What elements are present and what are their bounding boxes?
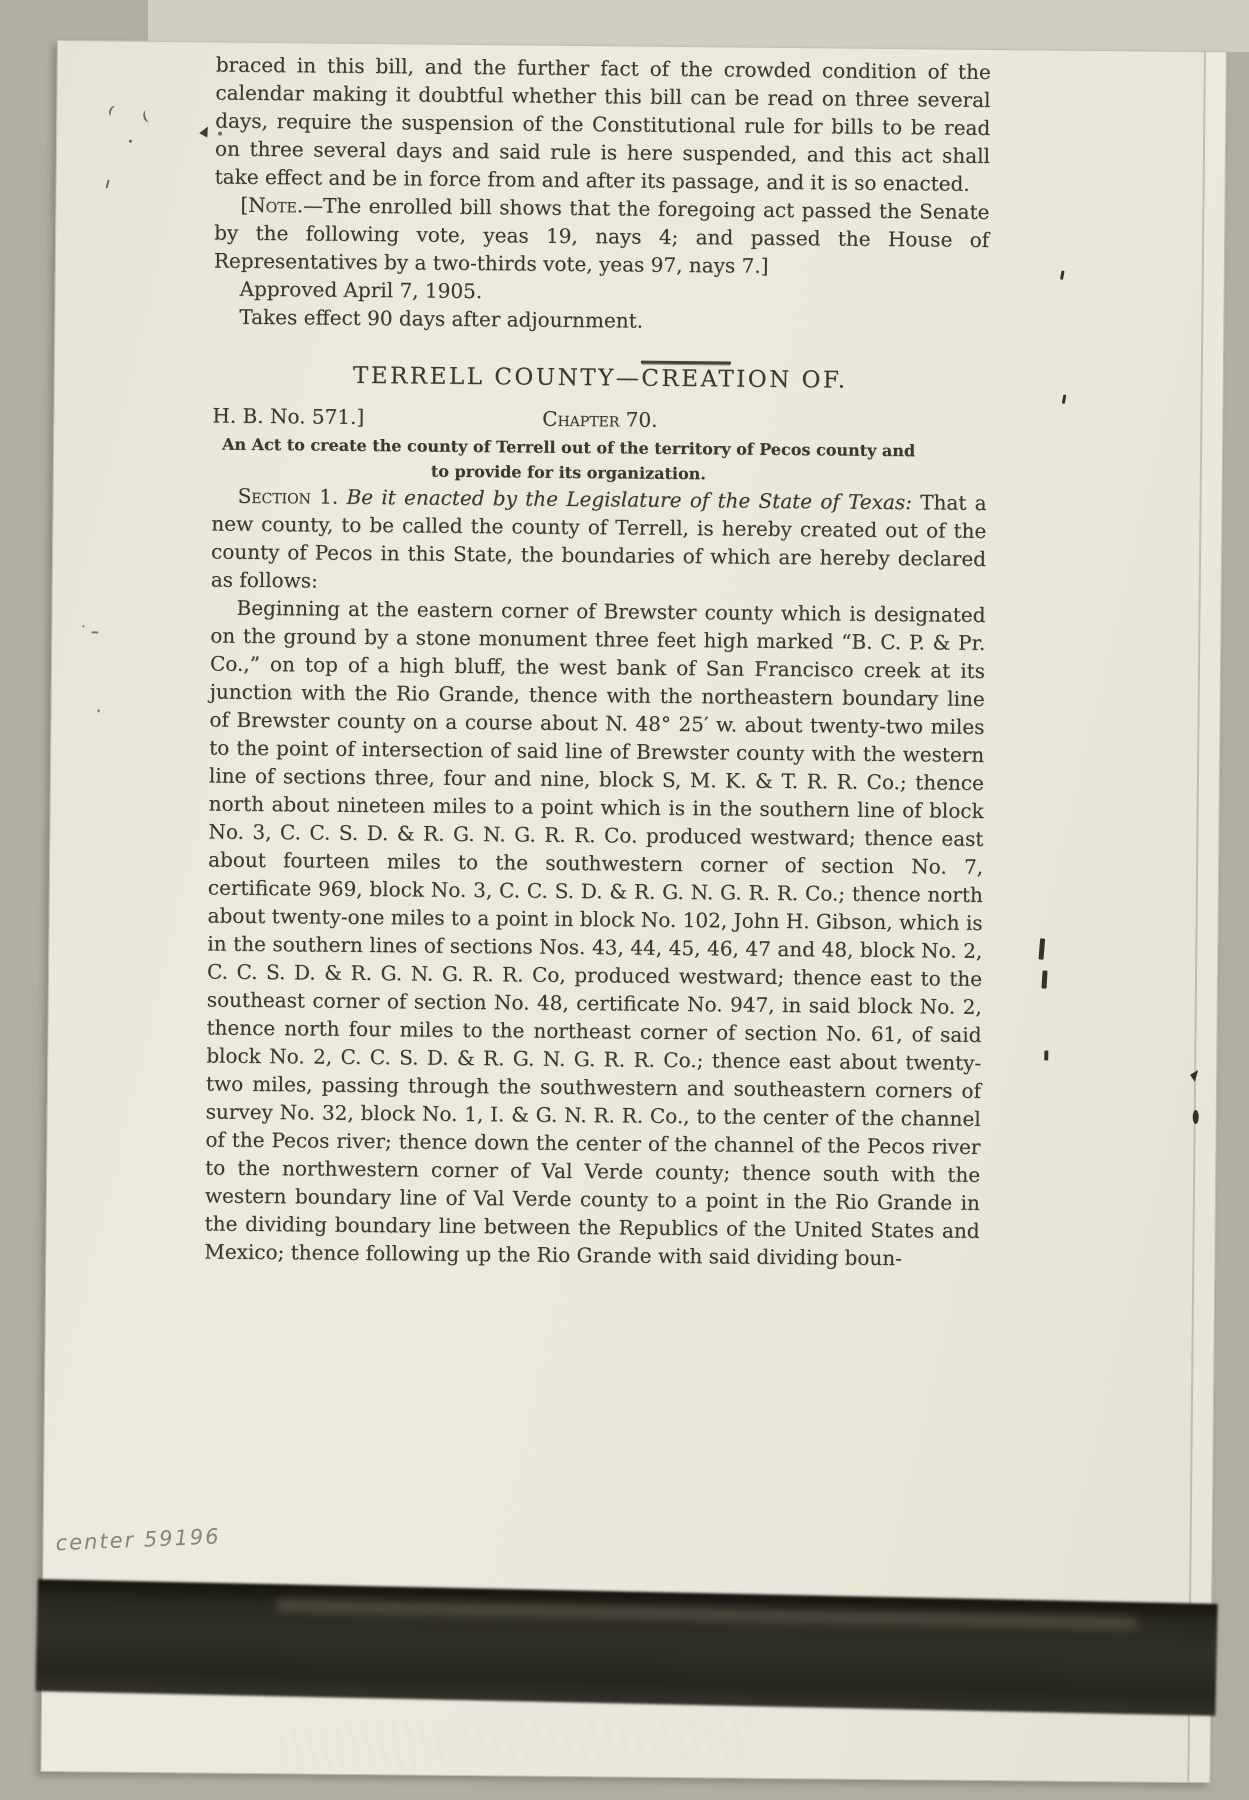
boundary-paragraph: Beginning at the eastern corner of Brews… — [204, 594, 985, 1273]
note-paragraph: [Note.—The enrolled bill shows that the … — [214, 191, 990, 282]
ink-speck — [218, 132, 222, 136]
chapter-heading: Chapter 70. — [542, 405, 658, 434]
ink-speck — [98, 709, 100, 712]
ink-speck — [106, 179, 110, 188]
pencil-mark — [108, 104, 119, 117]
margin-tick — [1060, 270, 1065, 279]
ink-speck — [82, 625, 84, 627]
section-label: Section 1. — [238, 484, 339, 509]
ink-speck — [129, 140, 132, 143]
handwritten-note: center 59196 — [55, 1524, 221, 1555]
enacting-clause: Be it enacted by the Legislature of the … — [338, 485, 912, 515]
ink-arrow-mark — [199, 126, 217, 139]
margin-stroke — [1041, 970, 1047, 988]
bill-number: H. B. No. 571.] — [212, 402, 364, 431]
binding-ink-band — [36, 1579, 1218, 1716]
pencil-mark — [142, 109, 154, 123]
section-1-paragraph: Section 1. Be it enacted by the Legislat… — [211, 482, 987, 601]
note-text: —The enrolled bill shows that the forego… — [214, 193, 990, 277]
act-heading: TERRELL COUNTY—CREATION OF. — [213, 360, 988, 397]
note-label: [Note. — [240, 193, 303, 218]
act-title: An Act to create the county of Terrell o… — [212, 432, 925, 489]
margin-stroke — [1038, 938, 1045, 959]
margin-stroke — [1044, 1051, 1048, 1061]
printed-text-column: braced in this bill, and the further fac… — [204, 51, 991, 1273]
margin-tick — [1062, 394, 1067, 403]
continuation-paragraph: braced in this bill, and the further fac… — [215, 51, 991, 198]
ink-speck — [91, 631, 98, 633]
showthrough-writing — [271, 1711, 752, 1771]
document-page: braced in this bill, and the further fac… — [40, 40, 1227, 1783]
